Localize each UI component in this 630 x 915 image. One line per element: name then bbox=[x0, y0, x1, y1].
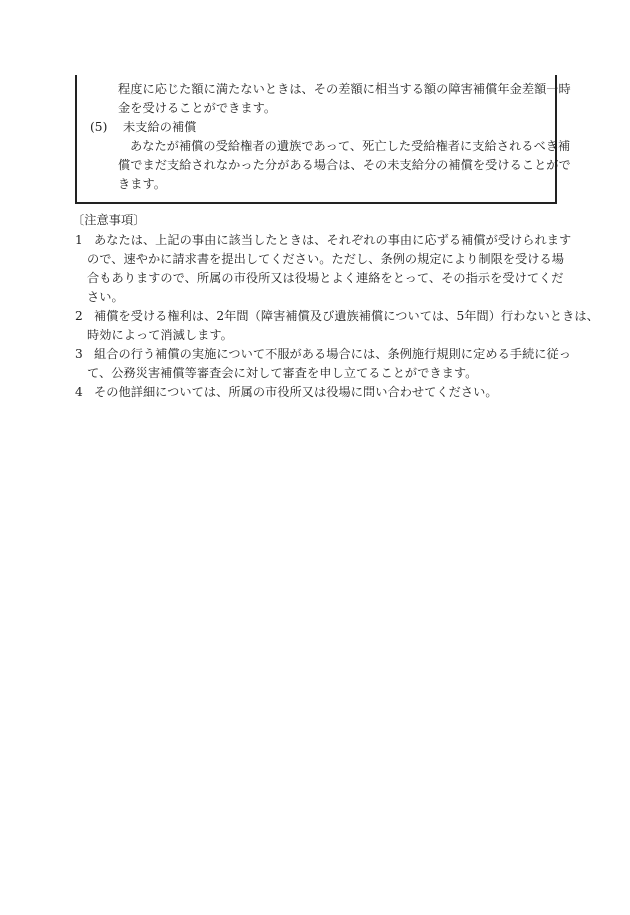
note-2-number: 2 bbox=[75, 307, 83, 325]
notes-heading: 〔注意事項〕 bbox=[72, 211, 145, 229]
note-1-line-2: ので、速やかに請求書を提出してください。ただし、条例の規定により制限を受ける場 bbox=[87, 250, 550, 268]
item5-body-line-3: きます。 bbox=[118, 175, 166, 193]
note-1-line-1: あなたは、上記の事由に該当したときは、それぞれの事由に応ずる補償が受けられます bbox=[94, 231, 550, 249]
note-3-number: 3 bbox=[75, 345, 83, 363]
item5-title: 未支給の補償 bbox=[123, 118, 196, 136]
note-2-line-2: 時効によって消滅します。 bbox=[87, 326, 233, 344]
note-3-line-1: 組合の行う補償の実施について不服がある場合には、条例施行規則に定める手続に従っ bbox=[94, 345, 550, 363]
item5-body-line-1: あなたが補償の受給権者の遺族であって、死亡した受給権者に支給されるべき補 bbox=[130, 137, 550, 155]
note-1-line-3: 合もありますので、所属の市役所又は役場とよく連絡をとって、その指示を受けてくだ bbox=[87, 269, 550, 287]
note-4-line-1: その他詳細については、所属の市役所又は役場に問い合わせてください。 bbox=[94, 383, 498, 401]
para4-line-1: 程度に応じた額に満たないときは、その差額に相当する額の障害補償年金差額一時 bbox=[118, 80, 550, 98]
note-4-number: 4 bbox=[75, 383, 83, 401]
para4-line-2: 金を受けることができます。 bbox=[118, 99, 276, 117]
note-2-line-1: 補償を受ける権利は、2年間（障害補償及び遺族補償については、5年間）行わないとき… bbox=[94, 307, 550, 325]
item5-body-line-2: 償でまだ支給されなかった分がある場合は、その未支給分の補償を受けることがで bbox=[118, 156, 550, 174]
item5-number: (5) bbox=[90, 118, 107, 136]
note-3-line-2: て、公務災害補償等審査会に対して審査を申し立てることができます。 bbox=[87, 364, 477, 382]
note-1-number: 1 bbox=[75, 231, 83, 249]
note-1-line-4: さい。 bbox=[87, 288, 124, 306]
